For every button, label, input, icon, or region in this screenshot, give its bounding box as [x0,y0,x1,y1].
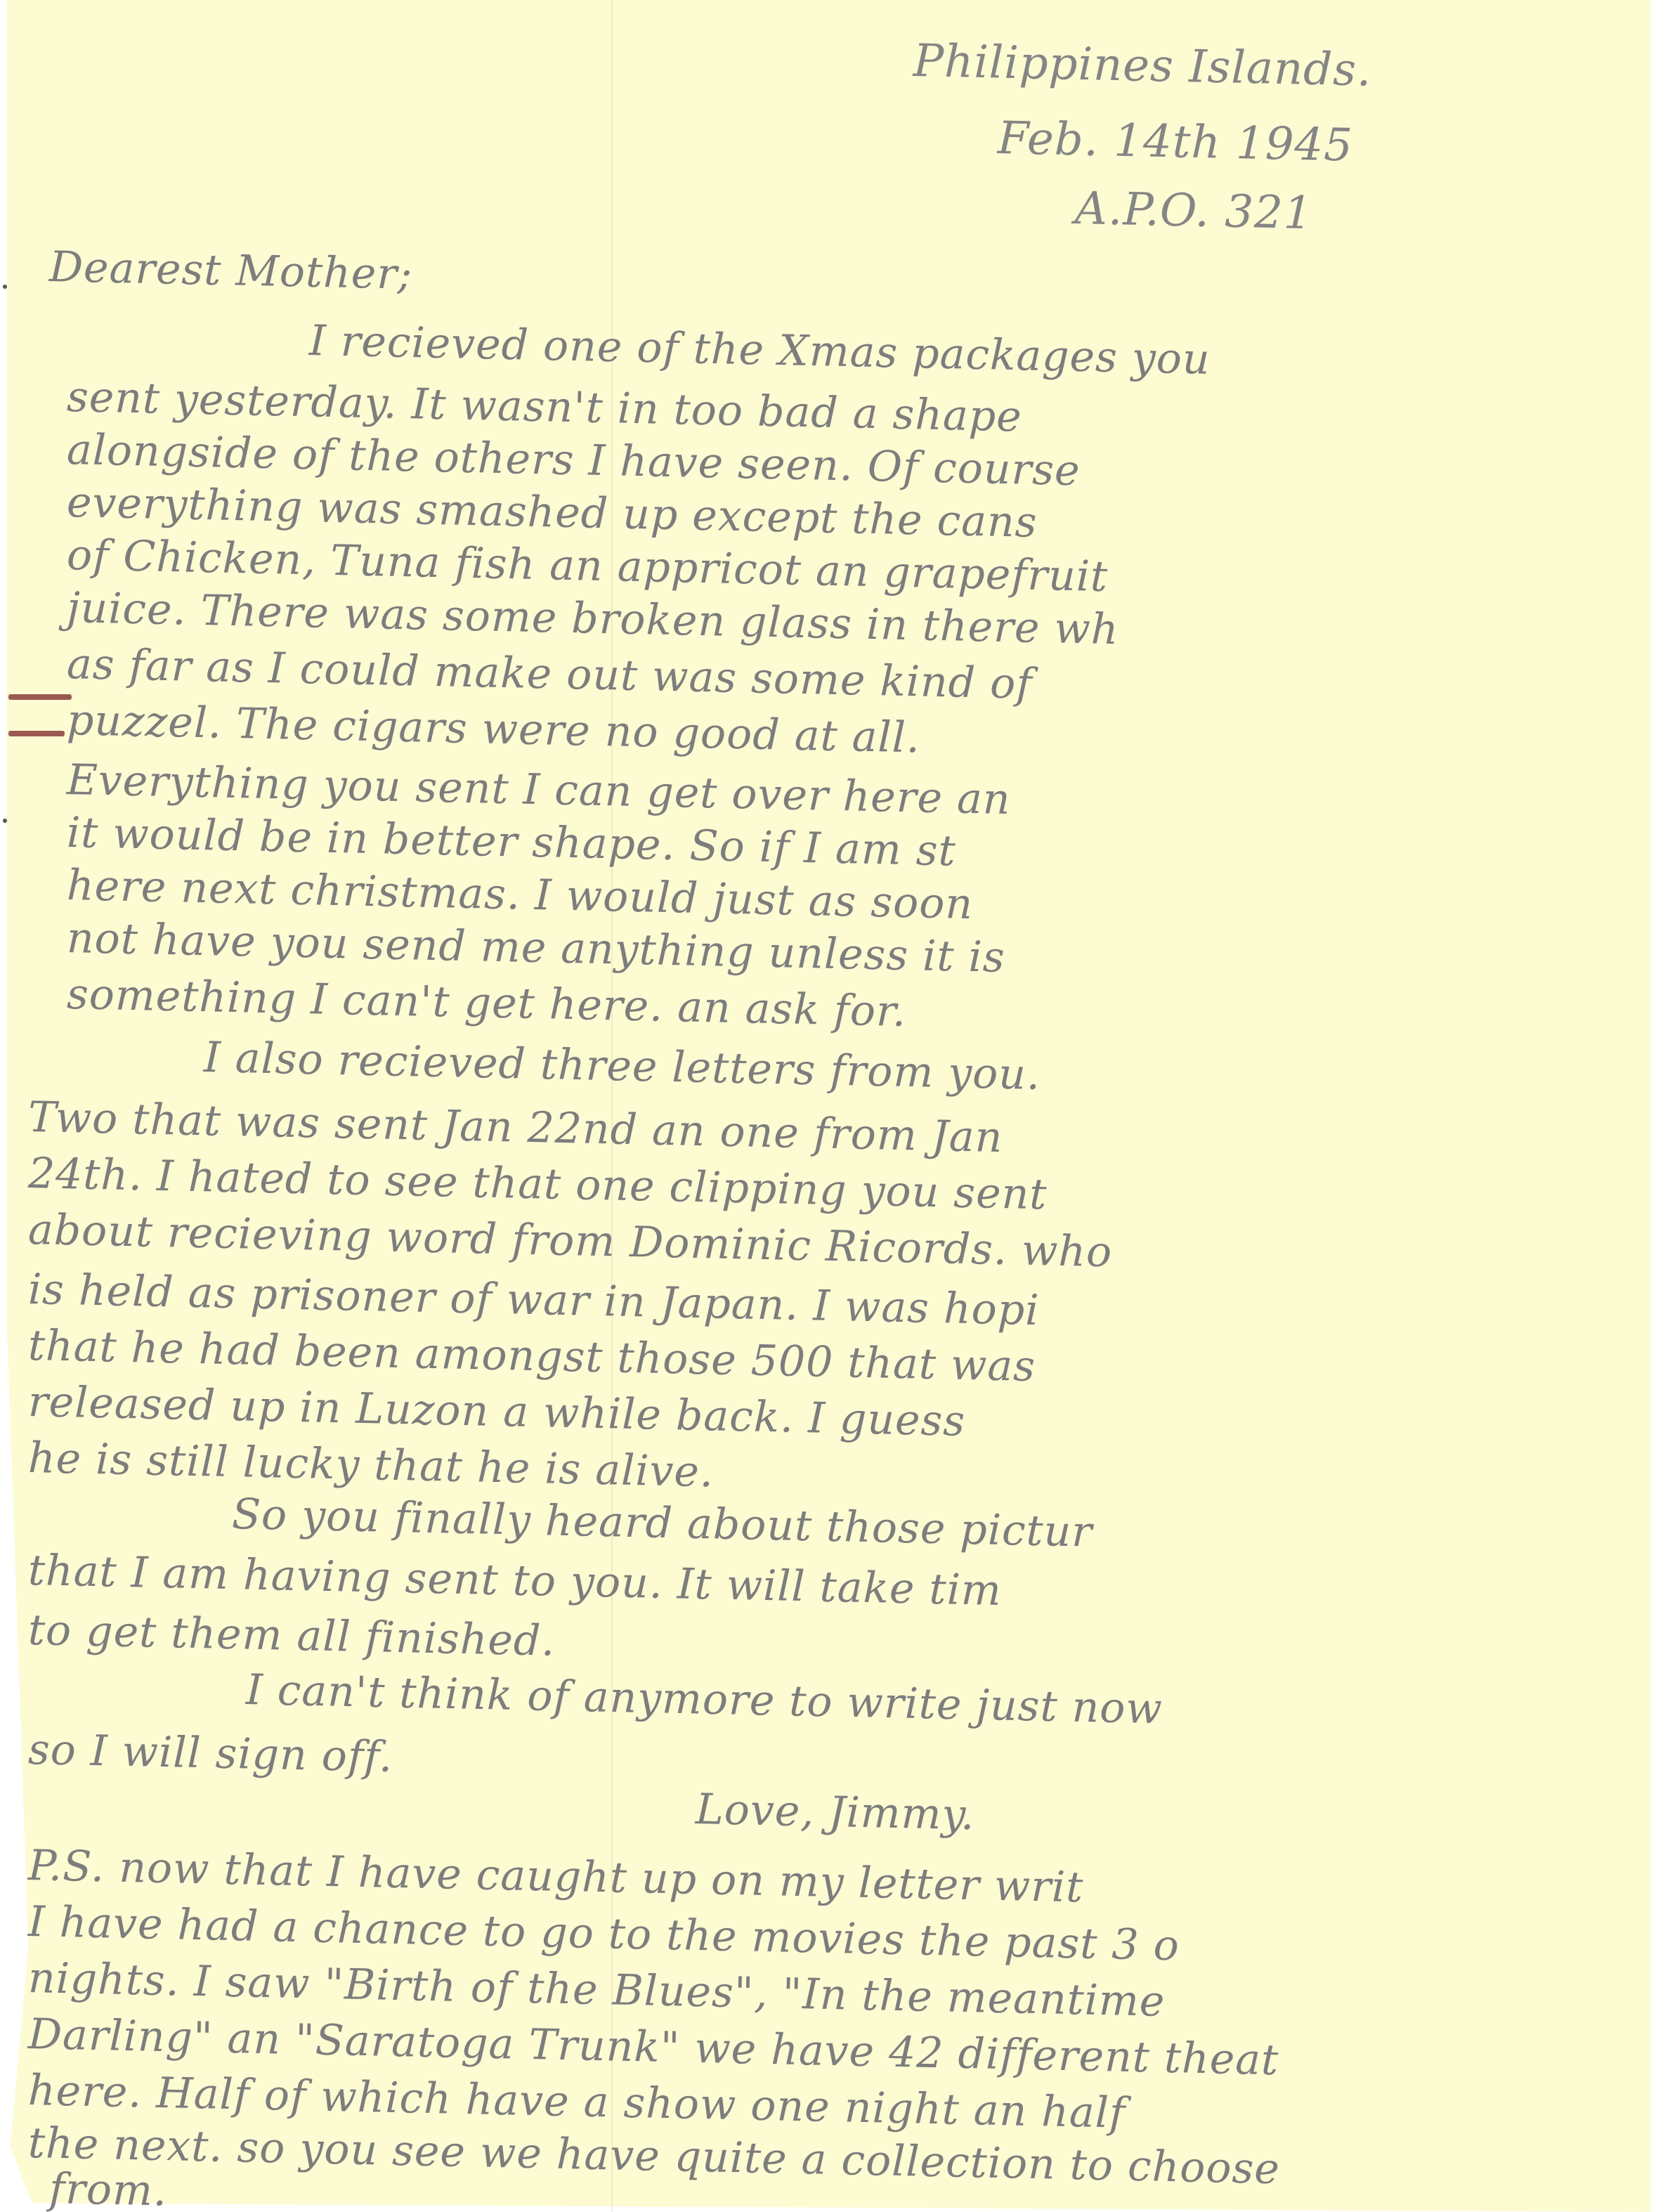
edge-mark [3,819,7,823]
salutation: Dearest Mother; [48,242,413,299]
postscript-line: from. [48,2164,167,2212]
letter-date: Feb. 14th 1945 [997,112,1353,172]
edge-mark [3,285,7,289]
letter-apo: A.P.O. 321 [1074,183,1313,240]
letter-place: Philippines Islands. [913,35,1372,97]
signature: Love, Jimmy. [695,1785,975,1840]
letter-line: so I will sign off. [27,1725,393,1782]
red-margin-mark [8,731,65,736]
red-margin-mark [8,694,72,700]
